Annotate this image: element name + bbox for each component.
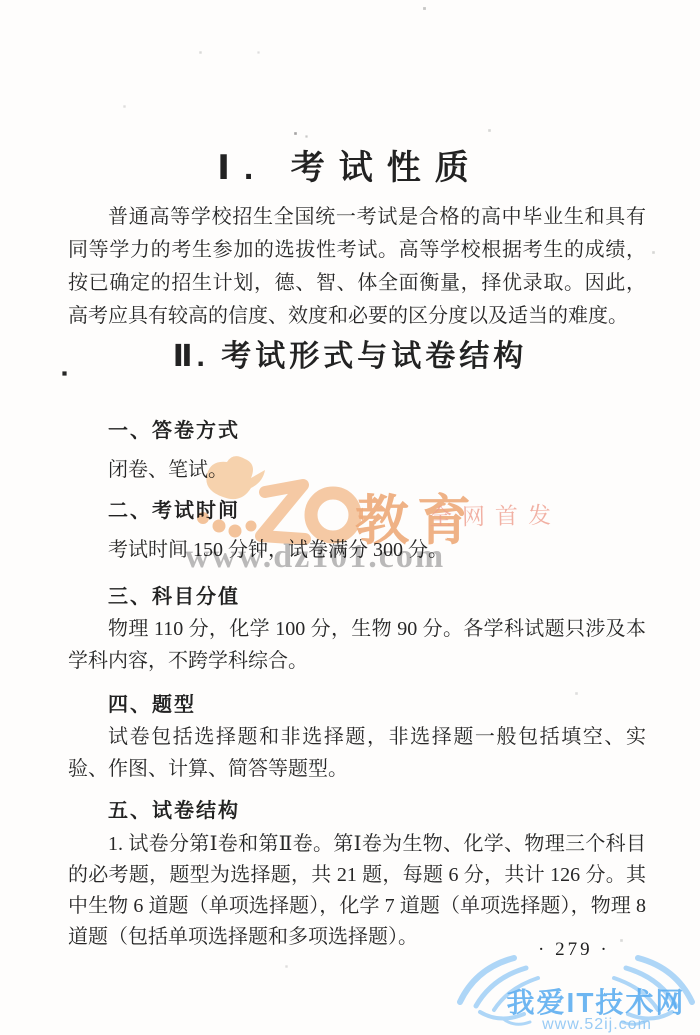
section-heading-1: 一、答卷方式 bbox=[108, 414, 240, 443]
section-body-1: 闭卷、笔试。 bbox=[68, 454, 646, 487]
scan-speck-artifacts bbox=[0, 0, 1, 1]
corner-watermark: 我爱IT技术网 www.52ij.com bbox=[452, 948, 700, 1035]
corner-watermark-url: www.52ij.com bbox=[541, 1016, 652, 1033]
watermark-tagline: 全网首发 bbox=[429, 497, 562, 532]
section-body-4: 试卷包括选择题和非选择题，非选择题一般包括填空、实验、作图、计算、简答等题型。 bbox=[68, 721, 646, 785]
section-heading-2: 二、考试时间 bbox=[108, 494, 240, 523]
section-heading-5: 五、试卷结构 bbox=[108, 794, 240, 823]
corner-watermark-site-name: 我爱IT技术网 bbox=[507, 987, 686, 1018]
chapter-title-2: Ⅱ. 考试形式与试卷结构 bbox=[0, 331, 700, 375]
section-heading-3: 三、科目分值 bbox=[108, 580, 240, 609]
scanned-book-page: Ⅰ. 考试性质 普通高等学校招生全国统一考试是合格的高中毕业生和具有同等学力的考… bbox=[0, 0, 700, 1035]
section-heading-4: 四、题型 bbox=[108, 688, 196, 717]
section-body-2: 考试时间 150 分钟，试卷满分 300 分。 bbox=[68, 534, 646, 567]
intro-paragraph: 普通高等学校招生全国统一考试是合格的高中毕业生和具有同等学力的考生参加的选拔性考… bbox=[68, 201, 646, 333]
chapter-title-1: Ⅰ. 考试性质 bbox=[0, 140, 700, 189]
section-body-5: 1. 试卷分第Ⅰ卷和第Ⅱ卷。第Ⅰ卷为生物、化学、物理三个科目的必考题，题型为选择… bbox=[68, 829, 646, 953]
page-number: · 279 · bbox=[538, 939, 610, 961]
section-body-3: 物理 110 分，化学 100 分，生物 90 分。各学科试题只涉及本学科内容，… bbox=[68, 613, 646, 677]
wings-logo-icon: 我爱IT技术网 www.52ij.com bbox=[452, 948, 700, 1035]
